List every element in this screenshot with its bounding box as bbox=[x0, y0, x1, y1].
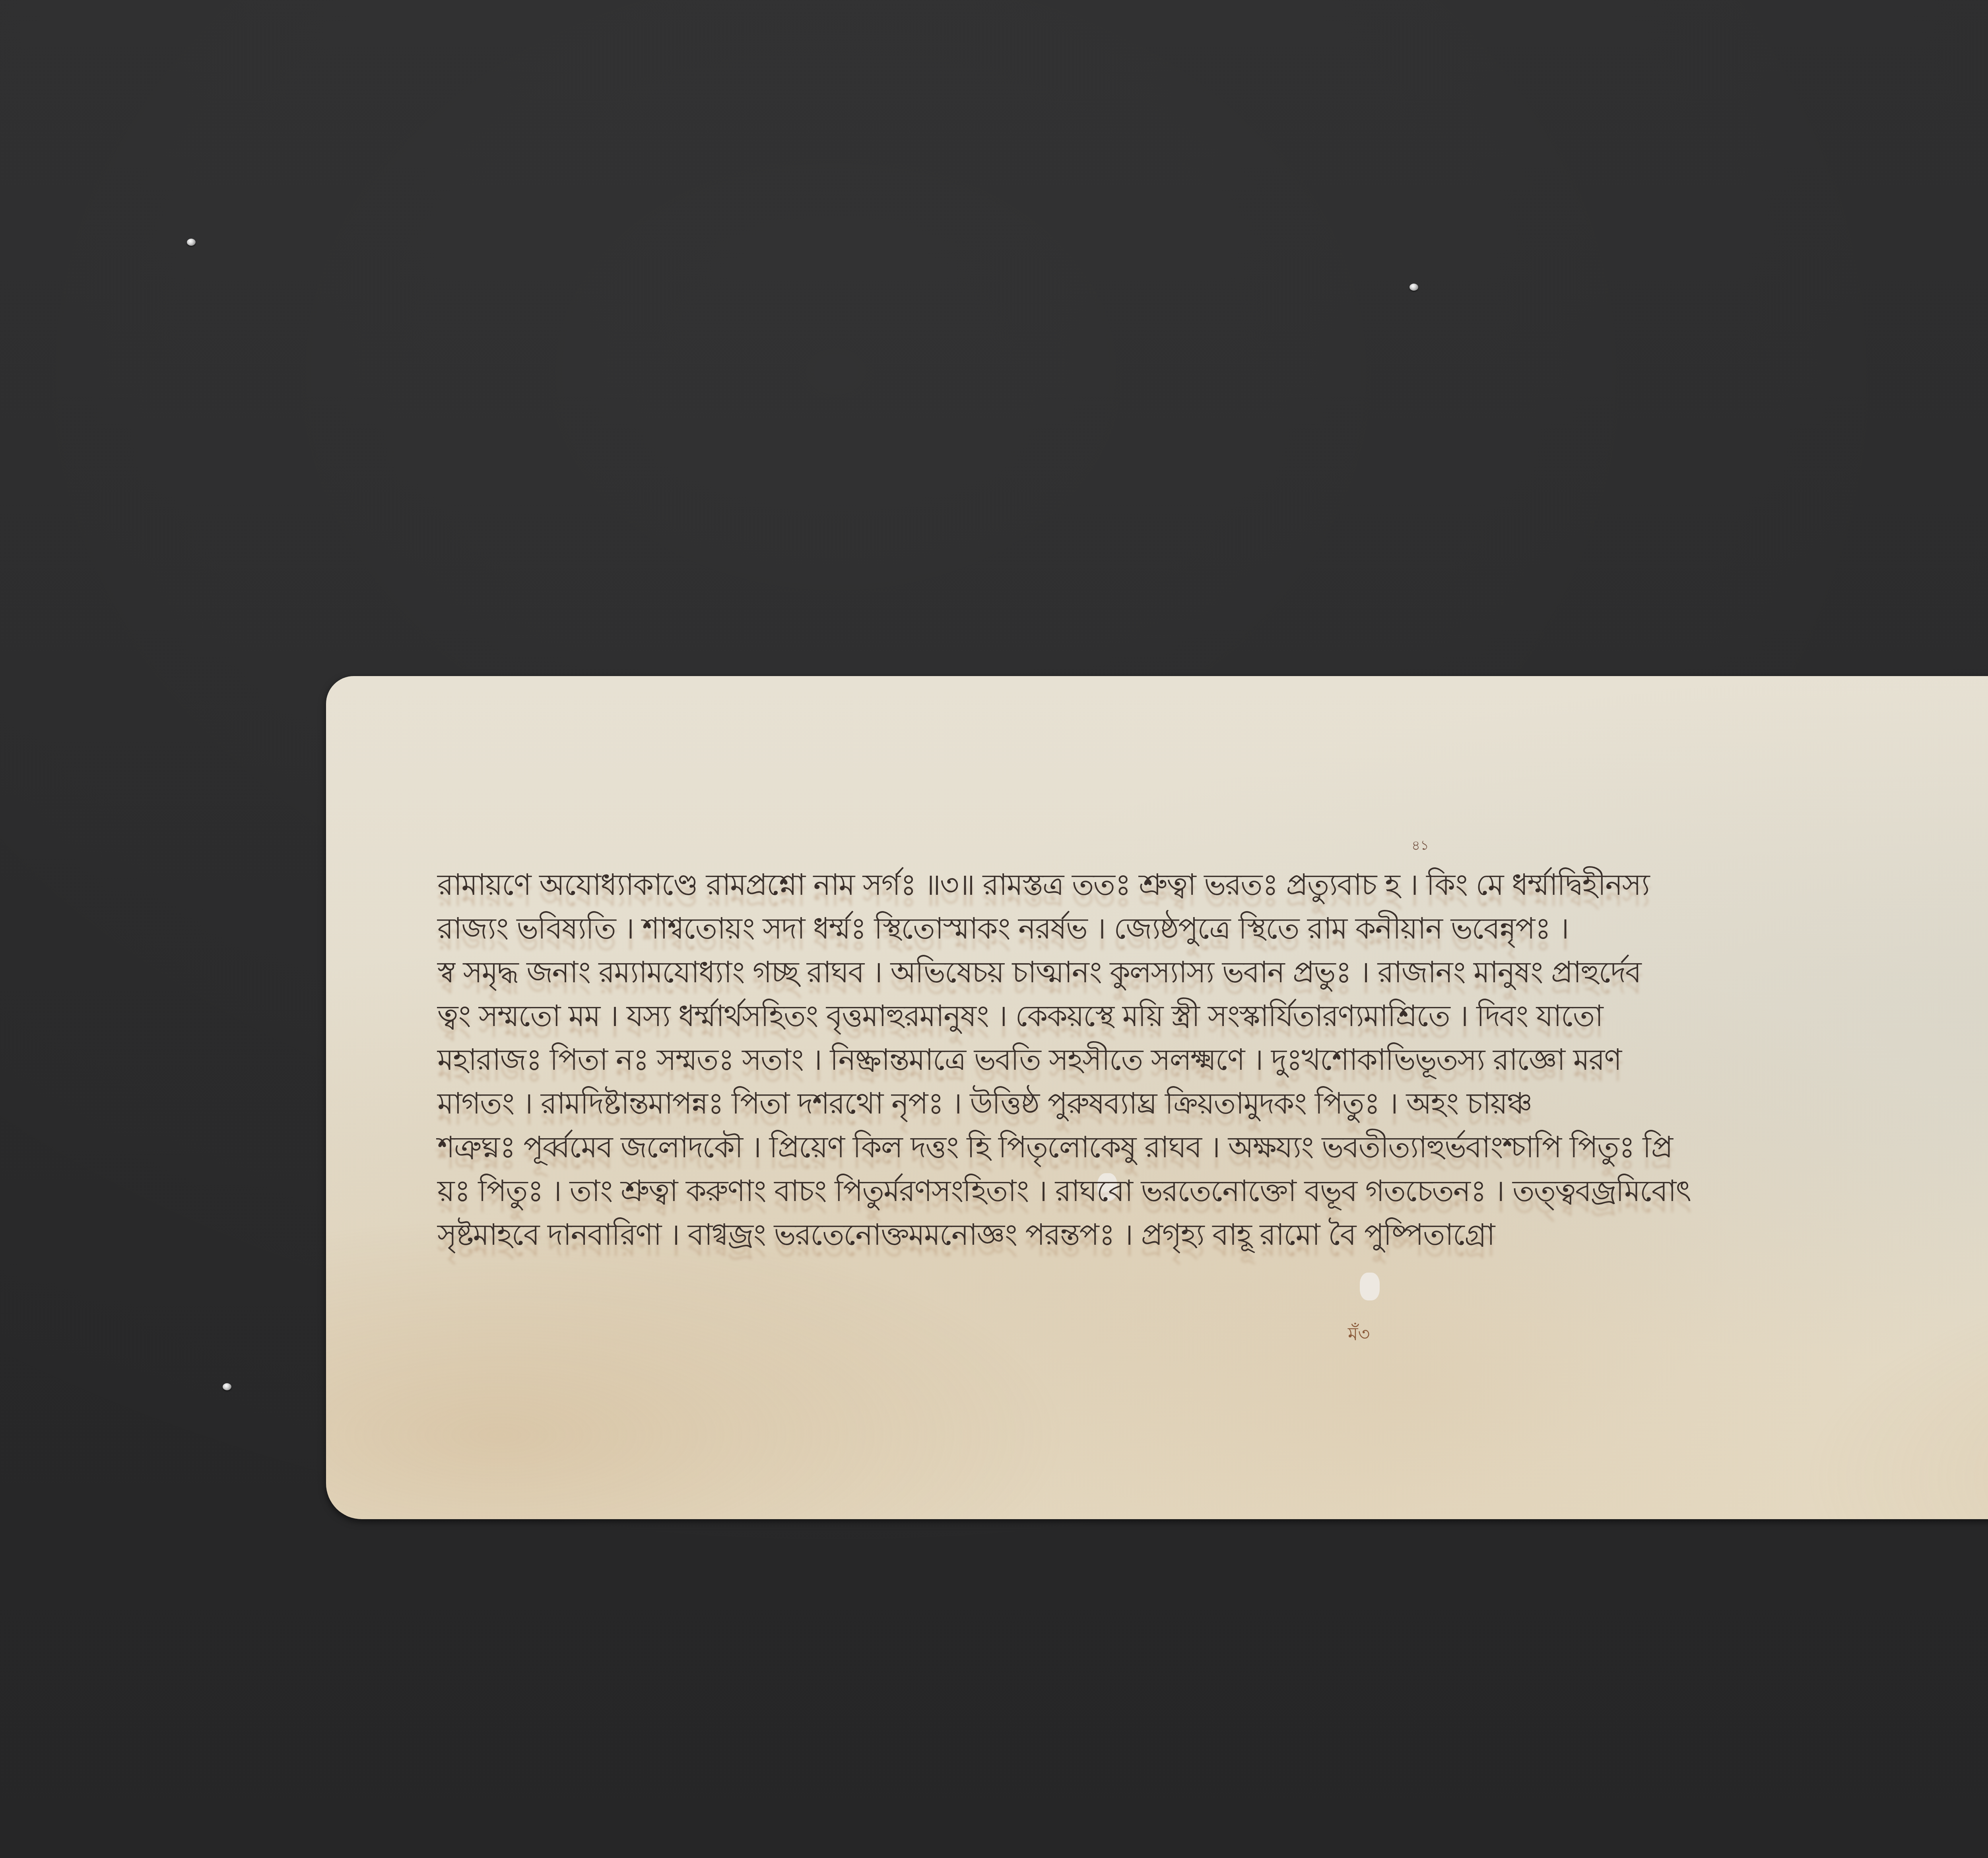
manuscript-line: সৃষ্টমাহবে দানবারিণা । বাগ্বজ্রং ভরতেনোক… bbox=[437, 1213, 1988, 1257]
manuscript-line: ত্বং সম্মতো মম । যস্য ধর্ম্মার্থসহিতং বৃ… bbox=[437, 994, 1988, 1038]
pin-head bbox=[1409, 284, 1418, 291]
manuscript-line: রামায়ণে অযোধ্যাকাণ্ডে রামপ্রশ্নো নাম সর… bbox=[437, 863, 1988, 907]
dark-mounting-board: বেদ৩ ৪১ রামায়ণে অযোধ্যাকাণ্ডে রামপ্রশ্ন… bbox=[0, 0, 1988, 1858]
manuscript-line: স্ব সমৃদ্ধ জনাং রম্যামযোধ্যাং গচ্ছ রাঘব … bbox=[437, 950, 1988, 994]
manuscript-line: য়ঃ পিতুঃ । তাং শ্রুত্বা করুণাং বাচং পিত… bbox=[437, 1169, 1988, 1213]
manuscript-line: শত্রুঘ্নঃ পূর্ব্বমেব জলোদকৌ । প্রিয়েণ ক… bbox=[437, 1125, 1988, 1169]
margin-note-above-line: ৪১ bbox=[1411, 835, 1429, 858]
pin-head bbox=[187, 239, 196, 246]
manuscript-line: মাগতং । রামদিষ্টান্তমাপন্নঃ পিতা দশরথো ন… bbox=[437, 1082, 1988, 1125]
margin-note-below-text: মঁ৩ bbox=[1348, 1320, 1370, 1351]
pin-head bbox=[223, 1383, 231, 1390]
manuscript-text-block: রামায়ণে অযোধ্যাকাণ্ডে রামপ্রশ্নো নাম সর… bbox=[437, 863, 1988, 1257]
manuscript-line: রাজ্যং ভবিষ্যতি । শাশ্বতোয়ং সদা ধর্ম্মঃ… bbox=[437, 907, 1988, 950]
paper-repair-spot bbox=[1360, 1273, 1380, 1300]
manuscript-line: মহারাজঃ পিতা নঃ সম্মতঃ সতাং । নিষ্ক্রান্… bbox=[437, 1038, 1988, 1082]
